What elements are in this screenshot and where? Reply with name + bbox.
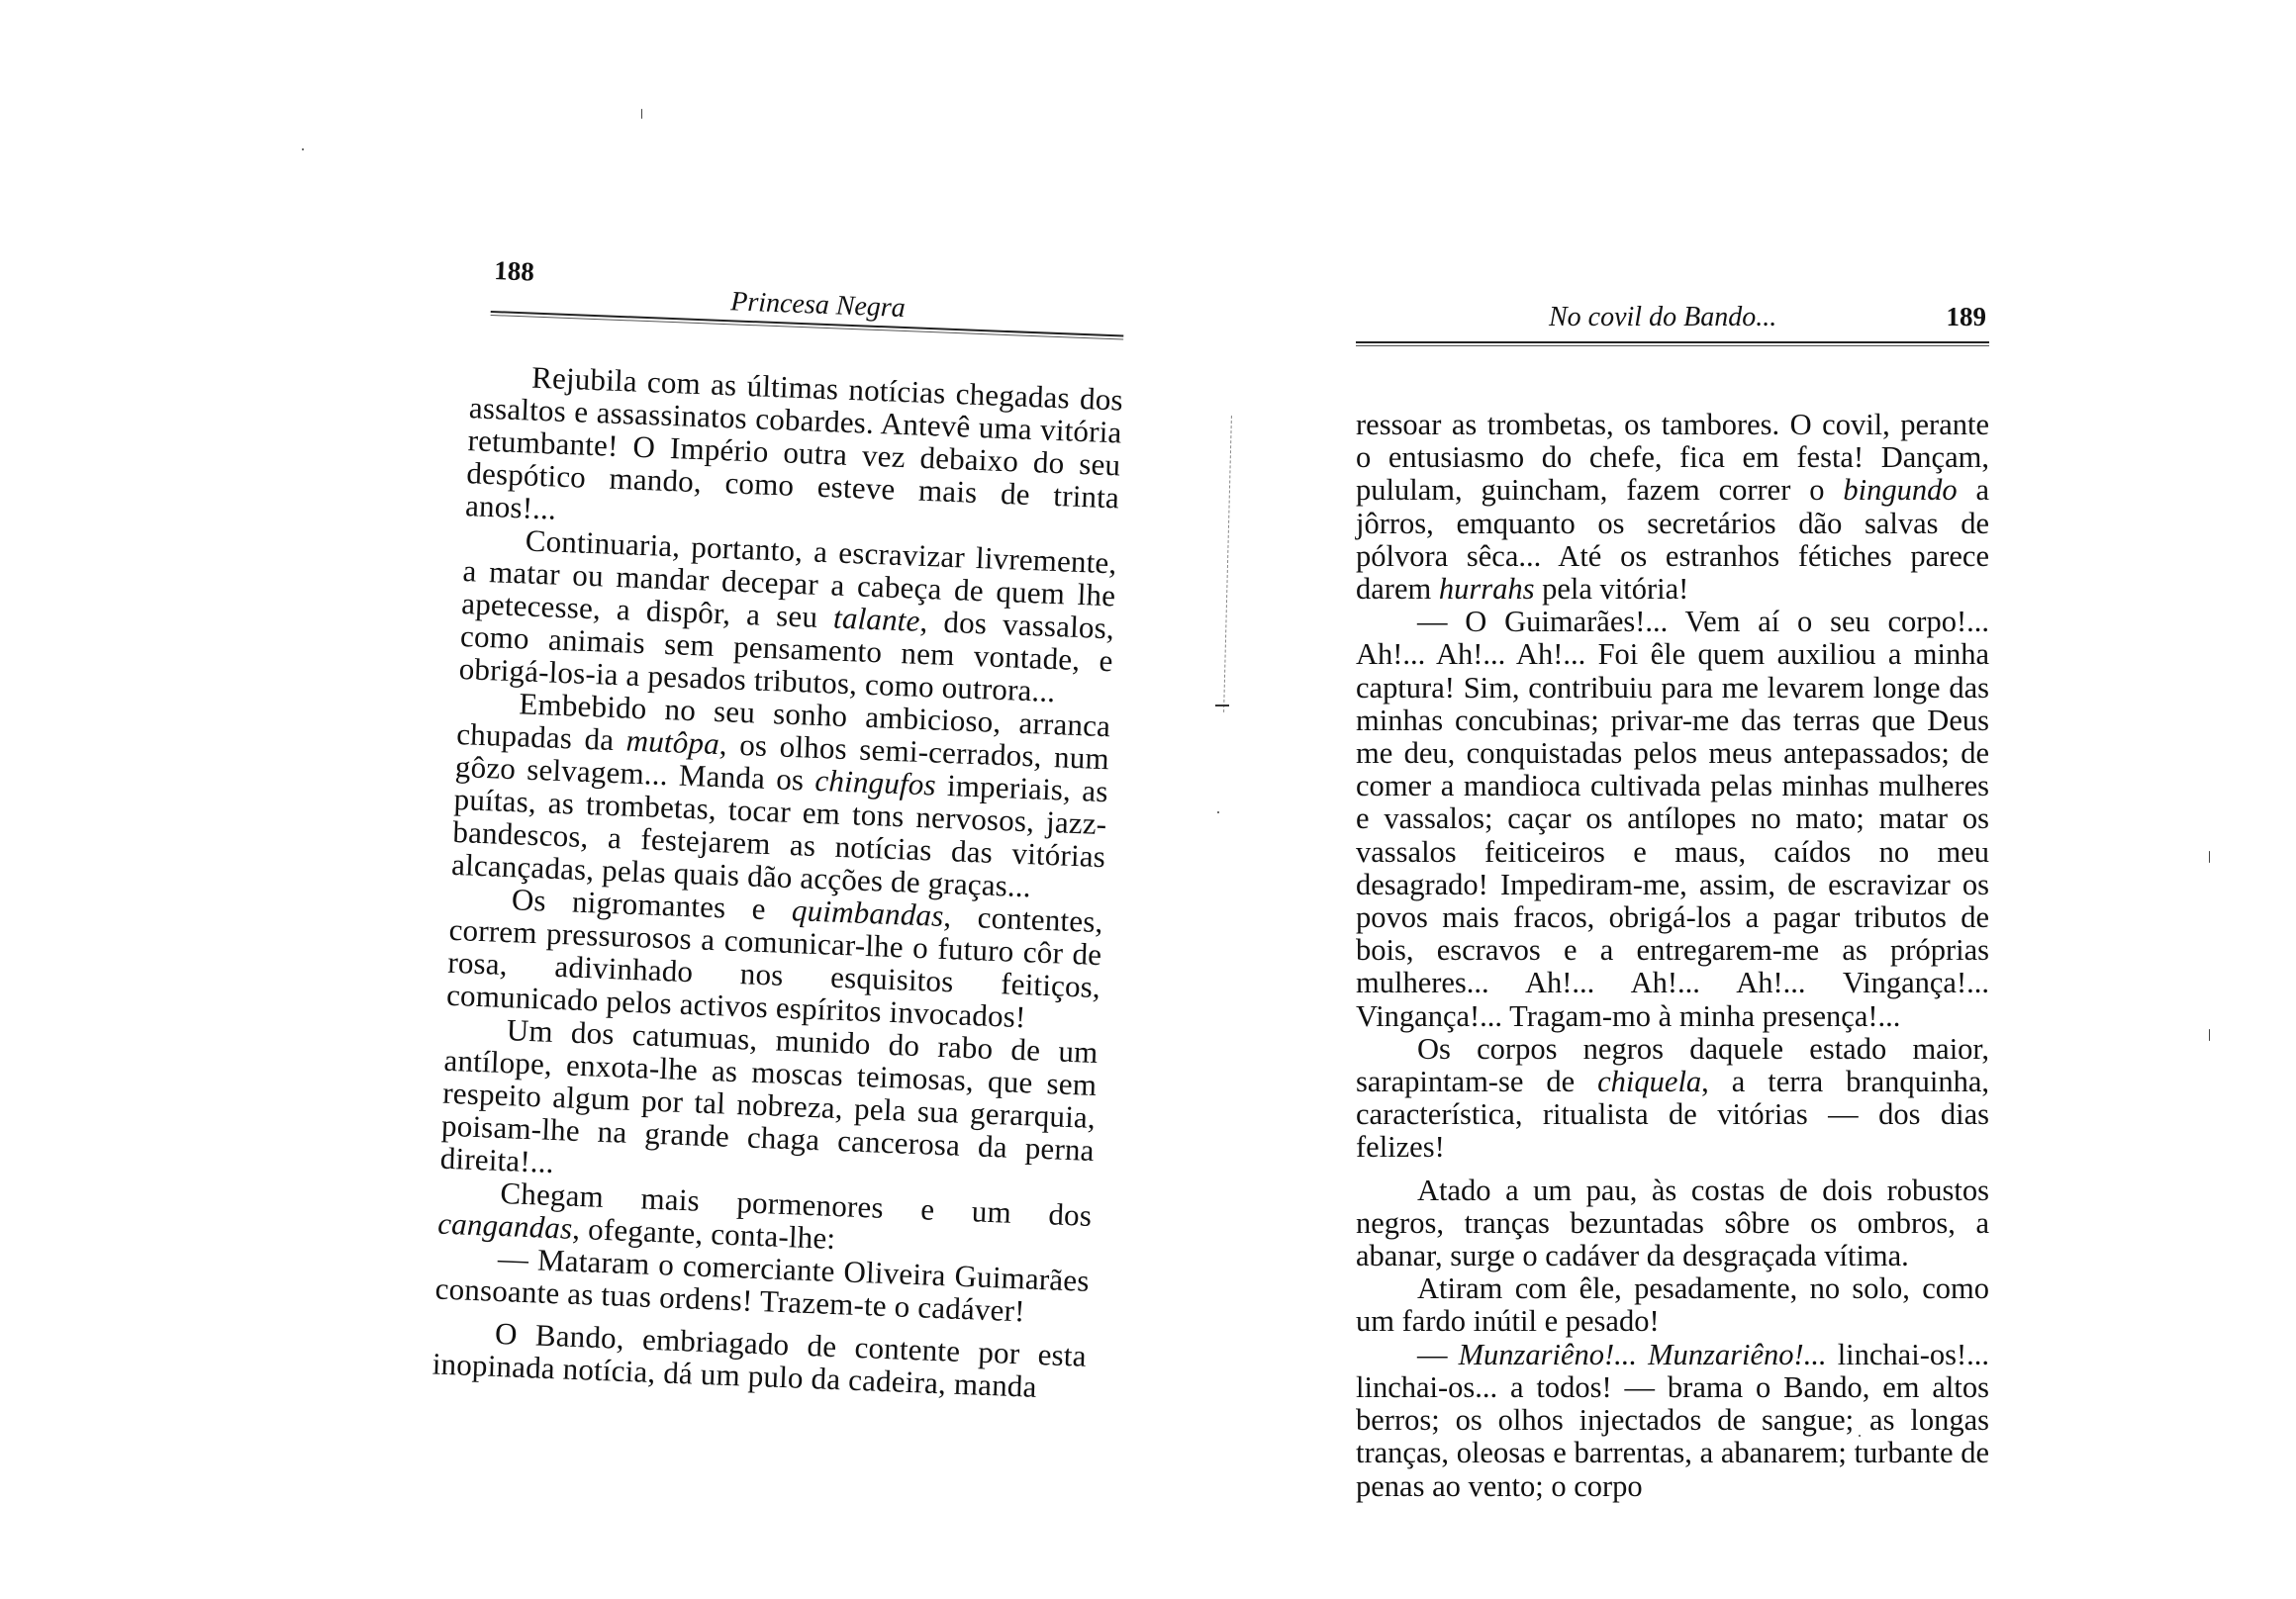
paragraph: Atado a um pau, às costas de dois robust… bbox=[1356, 1175, 1989, 1273]
italic-term: cangandas bbox=[437, 1206, 573, 1246]
gutter-mark bbox=[1223, 416, 1233, 712]
paragraph: Os nigromantes e quimbandas, contentes, … bbox=[446, 881, 1104, 1036]
italic-term: chiquela bbox=[1597, 1065, 1701, 1098]
paragraph: Continuaria, portanto, a escravizar livr… bbox=[458, 521, 1117, 709]
page-number: 189 bbox=[1947, 302, 1987, 332]
paragraph: Embebido no seu sonho ambicioso, arranca… bbox=[451, 685, 1111, 905]
text-run: — O Guimarães!... Vem aí o seu corpo!...… bbox=[1356, 605, 1989, 1032]
left-page: 188 Princesa Negra Rejubila com as últim… bbox=[370, 252, 1108, 1465]
running-title: No covil do Bando... bbox=[1549, 302, 1776, 333]
paragraph: O Bando, embriagado de contente por esta… bbox=[431, 1315, 1087, 1405]
text-run: Um dos catumuas, munido do rabo de um an… bbox=[439, 1012, 1099, 1179]
scan-speck bbox=[641, 109, 642, 119]
header-rule bbox=[1356, 341, 1989, 346]
left-page-header: 188 Princesa Negra bbox=[413, 252, 1107, 348]
italic-term: hurrahs bbox=[1439, 572, 1535, 606]
right-page-header: No covil do Bando... 189 bbox=[1356, 302, 1994, 371]
scan-speck bbox=[2209, 1029, 2210, 1041]
paragraph: — O Guimarães!... Vem aí o seu corpo!...… bbox=[1356, 606, 1989, 1033]
text-run: Atiram com êle, pesadamente, no solo, co… bbox=[1356, 1271, 1989, 1338]
scan-speck bbox=[302, 148, 304, 150]
right-page: No covil do Bando... 189 ressoar as trom… bbox=[1356, 302, 1994, 1489]
paragraph: — Munzariêno!... Munzariêno!... linchai-… bbox=[1356, 1339, 1989, 1503]
paragraph: Atiram com êle, pesadamente, no solo, co… bbox=[1356, 1272, 1989, 1338]
text-run: pela vitória! bbox=[1534, 572, 1688, 606]
text-run: — bbox=[1417, 1338, 1459, 1371]
page-number: 188 bbox=[494, 255, 535, 288]
scan-speck bbox=[1217, 811, 1219, 813]
right-page-body: ressoar as trombetas, os tambores. O cov… bbox=[1356, 409, 1989, 1503]
paragraph: Os corpos negros daquele estado maior, s… bbox=[1356, 1033, 1989, 1165]
scan-speck bbox=[1859, 1435, 1861, 1437]
gutter-tick bbox=[1215, 705, 1229, 706]
italic-term: bingundo bbox=[1843, 473, 1957, 507]
text-run: Rejubila com as últimas notícias chegada… bbox=[465, 360, 1124, 526]
scan-speck bbox=[2209, 851, 2210, 863]
text-run: Atado a um pau, às costas de dois robust… bbox=[1356, 1174, 1989, 1272]
text-run: O Bando, embriagado de contente por esta… bbox=[431, 1316, 1087, 1404]
left-page-body: Rejubila com as últimas notícias chegada… bbox=[431, 358, 1123, 1405]
paragraph: ressoar as trombetas, os tambores. O cov… bbox=[1356, 409, 1989, 606]
running-title: Princesa Negra bbox=[730, 286, 907, 325]
paragraph: Rejubila com as últimas notícias chegada… bbox=[465, 358, 1124, 546]
italic-term: Munzariêno!... Munzariêno!... bbox=[1459, 1338, 1827, 1371]
paragraph: Um dos catumuas, munido do rabo de um an… bbox=[439, 1011, 1099, 1199]
